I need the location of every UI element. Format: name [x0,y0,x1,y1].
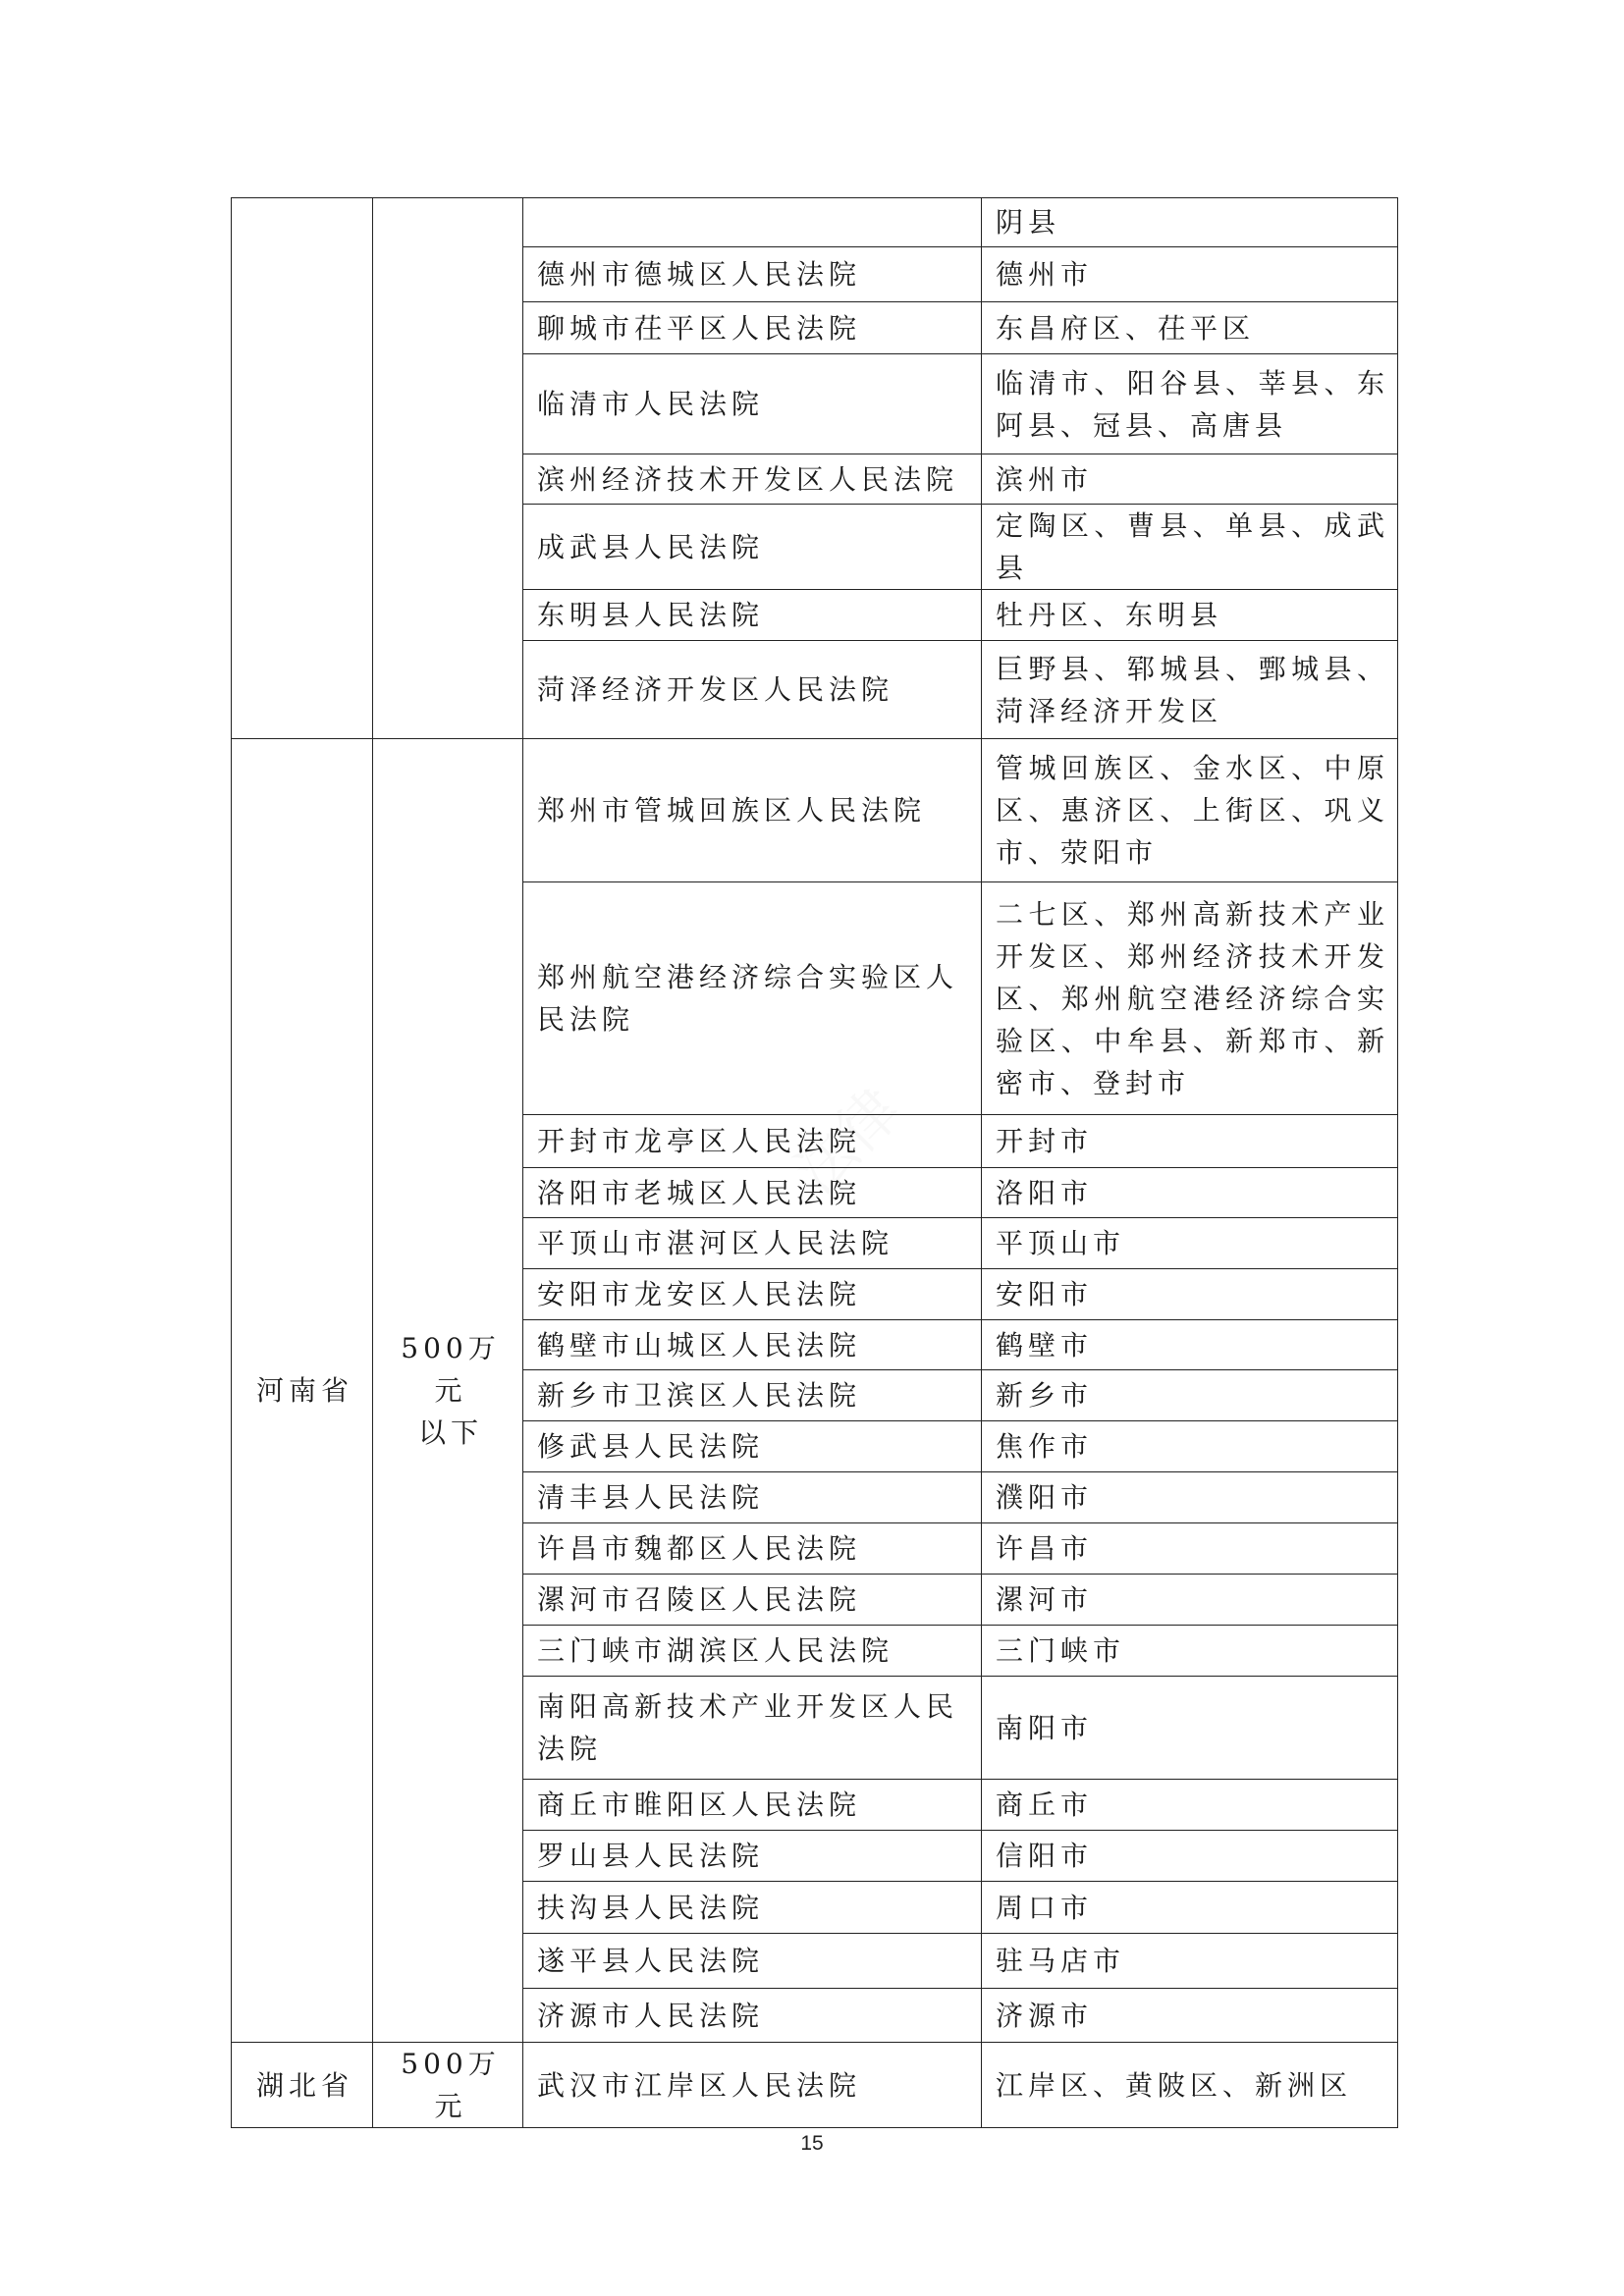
court-cell: 遂平县人民法院 [523,1934,982,1989]
court-cell: 济源市人民法院 [523,1989,982,2043]
jurisdiction-area-cell: 安阳市 [982,1269,1398,1320]
amount-cell: 500万元 [373,2043,523,2128]
jurisdiction-area-cell: 二七区、郑州高新技术产业开发区、郑州经济技术开发区、郑州航空港经济综合实验区、中… [982,882,1398,1115]
amount-cell: 500万元以下 [373,739,523,2043]
page-number: 15 [0,2132,1624,2156]
jurisdiction-area-cell: 管城回族区、金水区、中原区、惠济区、上街区、巩义市、荥阳市 [982,739,1398,882]
table-row: 河南省500万元以下郑州市管城回族区人民法院管城回族区、金水区、中原区、惠济区、… [232,739,1398,882]
court-cell: 德州市德城区人民法院 [523,247,982,302]
court-cell: 聊城市茌平区人民法院 [523,302,982,354]
court-cell: 鹤壁市山城区人民法院 [523,1320,982,1370]
jurisdiction-area-cell: 德州市 [982,247,1398,302]
jurisdiction-area-cell: 鹤壁市 [982,1320,1398,1370]
court-cell: 新乡市卫滨区人民法院 [523,1370,982,1421]
jurisdiction-area-cell: 东昌府区、茌平区 [982,302,1398,354]
amount-qualifier: 以下 [418,1416,483,1449]
court-cell: 修武县人民法院 [523,1421,982,1472]
jurisdiction-area-cell: 牡丹区、东明县 [982,590,1398,641]
jurisdiction-area-cell: 洛阳市 [982,1168,1398,1218]
court-cell: 扶沟县人民法院 [523,1882,982,1934]
jurisdiction-area-cell: 新乡市 [982,1370,1398,1421]
jurisdiction-area-cell: 南阳市 [982,1677,1398,1780]
jurisdiction-area-cell: 平顶山市 [982,1218,1398,1269]
jurisdiction-area-cell: 济源市 [982,1989,1398,2043]
jurisdiction-area-cell: 阴县 [982,198,1398,247]
court-cell: 滨州经济技术开发区人民法院 [523,454,982,505]
jurisdiction-area-cell: 巨野县、郓城县、鄄城县、菏泽经济开发区 [982,641,1398,739]
court-cell: 罗山县人民法院 [523,1831,982,1882]
court-cell: 成武县人民法院 [523,505,982,590]
jurisdiction-area-cell: 江岸区、黄陂区、新洲区 [982,2043,1398,2128]
jurisdiction-area-cell: 滨州市 [982,454,1398,505]
court-cell: 东明县人民法院 [523,590,982,641]
court-cell [523,198,982,247]
table-body: 阴县德州市德城区人民法院德州市聊城市茌平区人民法院东昌府区、茌平区临清市人民法院… [232,198,1398,2128]
court-cell: 清丰县人民法院 [523,1472,982,1523]
jurisdiction-area-cell: 驻马店市 [982,1934,1398,1989]
court-cell: 郑州市管城回族区人民法院 [523,739,982,882]
jurisdiction-area-cell: 许昌市 [982,1523,1398,1575]
court-cell: 安阳市龙安区人民法院 [523,1269,982,1320]
court-cell: 平顶山市湛河区人民法院 [523,1218,982,1269]
amount-value: 500万元 [401,1332,500,1407]
jurisdiction-area-cell: 开封市 [982,1115,1398,1168]
court-cell: 许昌市魏都区人民法院 [523,1523,982,1575]
jurisdiction-area-cell: 濮阳市 [982,1472,1398,1523]
jurisdiction-area-cell: 焦作市 [982,1421,1398,1472]
court-cell: 郑州航空港经济综合实验区人民法院 [523,882,982,1115]
court-cell: 临清市人民法院 [523,354,982,454]
jurisdiction-area-cell: 周口市 [982,1882,1398,1934]
table-row: 阴县 [232,198,1398,247]
jurisdiction-area-cell: 定陶区、曹县、单县、成武县 [982,505,1398,590]
table-row: 湖北省500万元武汉市江岸区人民法院江岸区、黄陂区、新洲区 [232,2043,1398,2128]
province-cell: 河南省 [232,739,373,2043]
jurisdiction-area-cell: 商丘市 [982,1780,1398,1831]
court-cell: 开封市龙亭区人民法院 [523,1115,982,1168]
court-cell: 商丘市睢阳区人民法院 [523,1780,982,1831]
court-cell: 武汉市江岸区人民法院 [523,2043,982,2128]
court-cell: 南阳高新技术产业开发区人民法院 [523,1677,982,1780]
jurisdiction-area-cell: 临清市、阳谷县、莘县、东阿县、冠县、高唐县 [982,354,1398,454]
court-cell: 三门峡市湖滨区人民法院 [523,1626,982,1677]
court-cell: 漯河市召陵区人民法院 [523,1575,982,1626]
jurisdiction-area-cell: 信阳市 [982,1831,1398,1882]
jurisdiction-area-cell: 三门峡市 [982,1626,1398,1677]
court-jurisdiction-table: 阴县德州市德城区人民法院德州市聊城市茌平区人民法院东昌府区、茌平区临清市人民法院… [231,197,1398,2128]
court-cell: 洛阳市老城区人民法院 [523,1168,982,1218]
province-cell: 湖北省 [232,2043,373,2128]
province-cell [232,198,373,739]
amount-cell [373,198,523,739]
jurisdiction-area-cell: 漯河市 [982,1575,1398,1626]
court-cell: 菏泽经济开发区人民法院 [523,641,982,739]
